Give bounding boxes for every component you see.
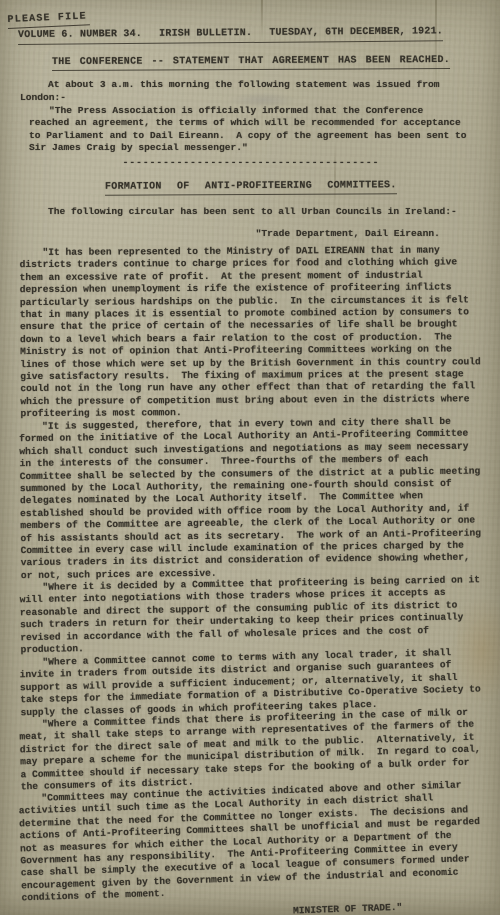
circular-paragraph-1: "It has been represented to the Ministry… [19, 245, 482, 422]
masthead-volume-number: VOLUME 6. NUMBER 34. [18, 29, 142, 42]
masthead-date: TUESDAY, 6TH DECEMBER, 1921. [269, 26, 443, 40]
circular-section-heading: FORMATION OF ANTI-PROFITEERING COMMITTEE… [105, 180, 397, 196]
section-separator: -------------------------------------- [20, 157, 482, 169]
conference-section-heading: THE CONFERENCE -- STATEMENT THAT AGREEME… [52, 55, 450, 71]
circular-intro-paragraph: The following circular has been sent to … [20, 206, 482, 218]
circular-signature: MINISTER OF TRADE." [292, 899, 482, 915]
circular-salutation: "Trade Department, Dail Eireann. [256, 228, 482, 240]
scanned-document-page: PLEASE FILE VOLUME 6. NUMBER 34. IRISH B… [0, 0, 500, 915]
circular-paragraph-2: "It is suggested, therefore, that in eve… [19, 415, 483, 582]
conference-statement-paragraph: "The Press Association is officially inf… [20, 105, 482, 155]
please-file-stamp: PLEASE FILE [7, 11, 90, 29]
circular-paragraph-6: "Committees may continue the activities … [18, 779, 483, 905]
circular-paragraph-3: "Where it is decided by a Committee that… [19, 574, 482, 656]
conference-lead-paragraph: At about 3 a.m. this morning the followi… [20, 79, 482, 104]
masthead-title: IRISH BULLETIN. [159, 28, 252, 41]
masthead: VOLUME 6. NUMBER 34. IRISH BULLETIN. TUE… [18, 26, 443, 45]
